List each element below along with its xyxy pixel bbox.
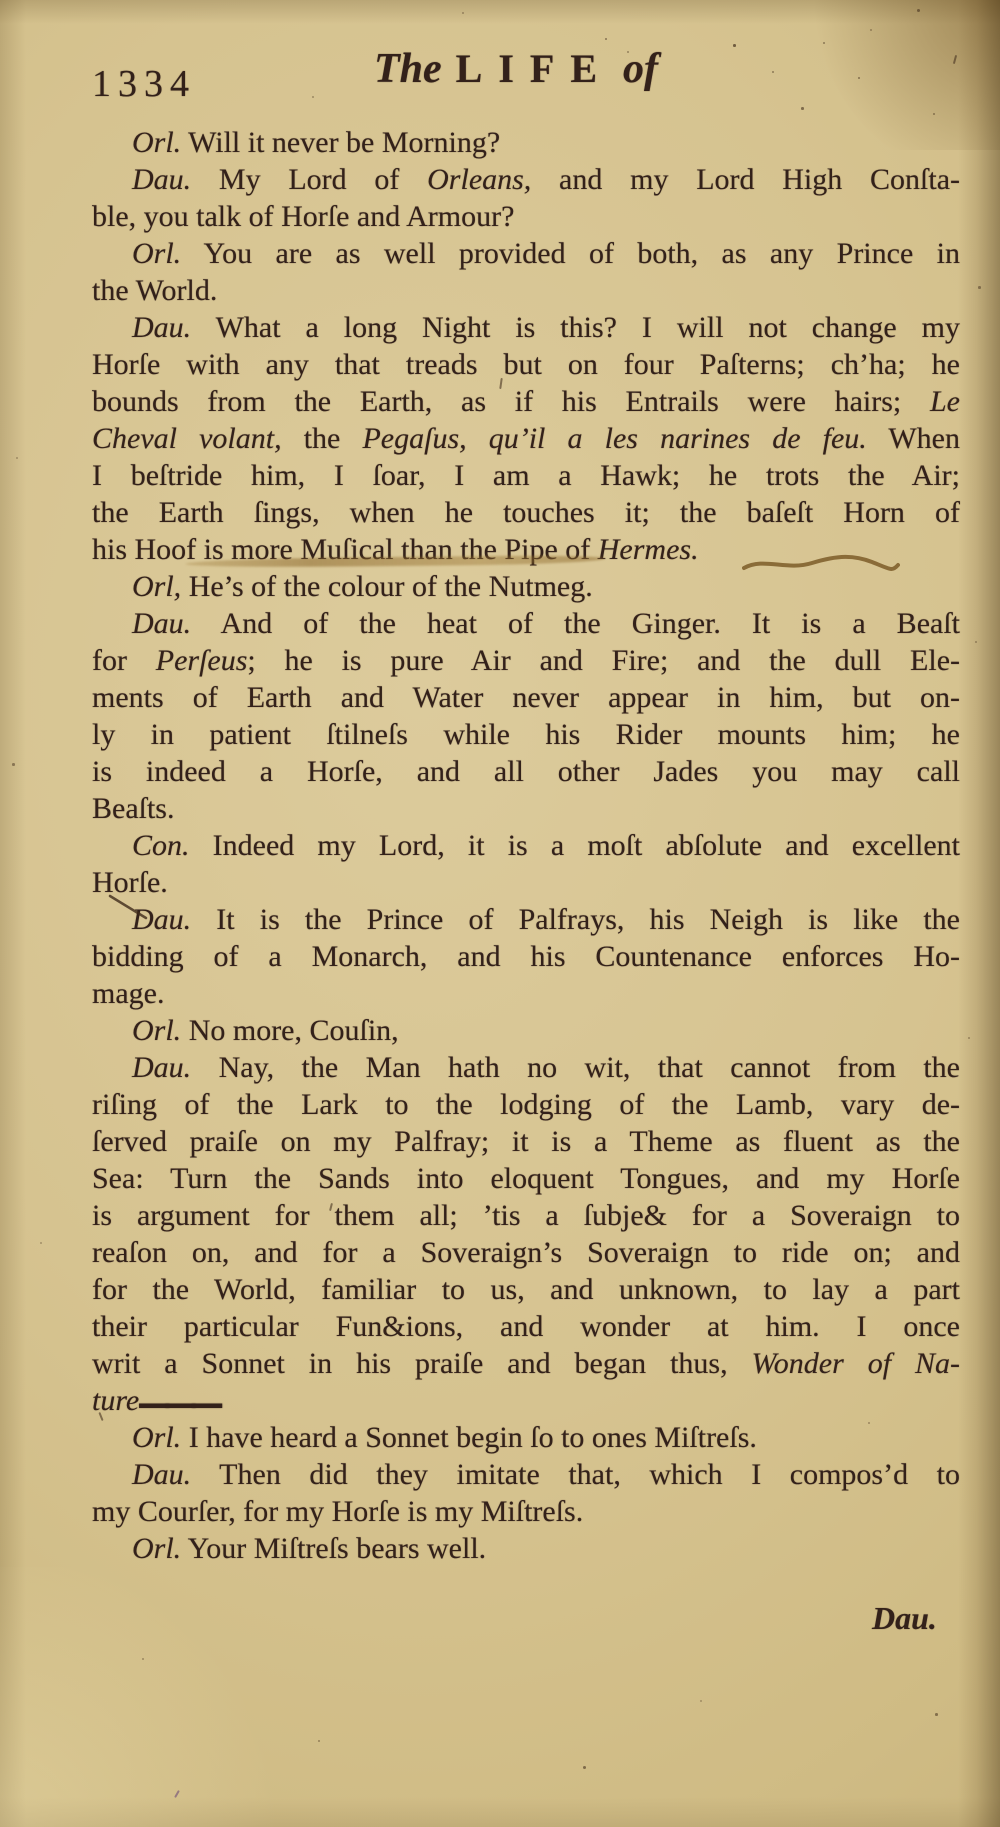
italic-text: Dau. — [132, 163, 191, 196]
text-line: Horſe. — [92, 864, 960, 901]
text-segment: the Earth ſings, when he touches it; the… — [92, 496, 960, 529]
text-line: writ a Sonnet in his praiſe and began th… — [92, 1345, 960, 1382]
page-edge-shading-right — [958, 0, 1000, 1827]
paper-speck — [772, 71, 774, 73]
italic-text: Dau. — [132, 311, 191, 344]
text-segment: ly in patient ſtilneſs while his Rider m… — [92, 718, 960, 751]
paper-speck — [627, 51, 629, 53]
text-line: Cheval volant, the Pegaſus, qu’il a les … — [92, 420, 960, 457]
italic-text: Orl. — [132, 237, 181, 270]
paper-speck — [935, 1713, 938, 1716]
text-segment: Your Miſtreſs bears well. — [181, 1532, 486, 1565]
italic-text: Hermes. — [598, 533, 699, 566]
text-segment: reaſon on, and for a Soveraign’s Soverai… — [92, 1236, 960, 1269]
italic-text: Orl. — [132, 1014, 181, 1047]
text-line: reaſon on, and for a Soveraign’s Soverai… — [92, 1234, 960, 1271]
paper-speck — [12, 763, 15, 766]
page-number: 1334 — [92, 62, 196, 106]
italic-text: Dau. — [132, 1051, 191, 1084]
paper-speck — [312, 96, 314, 98]
text-segment: mage. — [92, 977, 164, 1010]
pen-flourish-mark — [742, 552, 900, 578]
paper-speck — [142, 1658, 144, 1660]
text-segment: bidding of a Monarch, and his Countenanc… — [92, 940, 960, 973]
ink-tick-mark — [174, 1790, 180, 1798]
paper-speck — [868, 1422, 870, 1424]
text-line: bidding of a Monarch, and his Countenanc… — [92, 938, 960, 975]
text-line: Orl. I have heard a Sonnet begin ſo to o… — [92, 1419, 960, 1456]
book-page-scan: 1334 TheLIFEof Orl. Will it never be Mor… — [0, 0, 1000, 1827]
text-segment: I beſtride him, I ſoar, I am a Hawk; he … — [92, 459, 960, 492]
italic-text: Pegaſus, qu’il a les narines de feu. — [362, 422, 866, 455]
paper-speck — [733, 44, 736, 47]
text-segment: my Courſer, for my Horſe is my Miſtreſs. — [92, 1495, 583, 1528]
text-segment: My Lord of — [191, 163, 427, 196]
paper-speck — [700, 1700, 702, 1702]
text-line: Orl. Will it never be Morning? — [92, 124, 960, 161]
text-segment: for the World, familiar to us, and unkno… — [92, 1273, 960, 1306]
text-line: ture——— — [92, 1382, 960, 1419]
catchword: Dau. — [872, 1600, 937, 1637]
text-segment: ble, you talk of Horſe and Armour? — [92, 200, 514, 233]
paper-speck — [40, 1242, 42, 1244]
text-block: Orl. Will it never be Morning?Dau. My Lo… — [92, 124, 960, 1567]
text-line: ble, you talk of Horſe and Armour? — [92, 198, 960, 235]
text-line: the World. — [92, 272, 960, 309]
paper-speck — [870, 29, 872, 31]
italic-text: Le — [930, 385, 960, 418]
long-dash: ——— — [139, 1362, 218, 1440]
text-segment: I have heard a Sonnet begin ſo to ones M… — [181, 1421, 757, 1454]
text-line: ſerved praiſe on my Palfray; it is a The… — [92, 1123, 960, 1160]
text-line: Beaſts. — [92, 790, 960, 827]
text-segment: the — [282, 422, 363, 455]
paper-speck — [978, 286, 981, 289]
text-line: riſing of the Lark to the lodging of the… — [92, 1086, 960, 1123]
paper-speck — [823, 42, 825, 44]
text-segment: ; he is pure Air and Fire; and the dull … — [247, 644, 960, 677]
text-segment: ments of Earth and Water never appear in… — [92, 681, 960, 714]
text-line: bounds from the Earth, as if his Entrail… — [92, 383, 960, 420]
text-line: Dau. My Lord of Orleans, and my Lord Hig… — [92, 161, 960, 198]
page-edge-shading-left — [0, 0, 26, 1827]
text-line: Horſe with any that treads but on four P… — [92, 346, 960, 383]
paper-speck — [968, 1037, 970, 1039]
text-line: for Perſeus; he is pure Air and Fire; an… — [92, 642, 960, 679]
italic-text: Dau. — [132, 607, 191, 640]
paper-speck — [801, 107, 804, 110]
page-edge-shading-top — [0, 0, 1000, 24]
italic-text: Cheval volant, — [92, 422, 282, 455]
text-line: Dau. Then did they imitate that, which I… — [92, 1456, 960, 1493]
italic-text: Orleans, — [427, 163, 531, 196]
pen-slash-mark — [106, 892, 150, 920]
page-corner-highlight — [0, 1567, 300, 1827]
text-line: Orl. Your Miſtreſs bears well. — [92, 1530, 960, 1567]
text-line: mage. — [92, 975, 960, 1012]
running-title: TheLIFEof — [374, 44, 658, 93]
text-line: ly in patient ſtilneſs while his Rider m… — [92, 716, 960, 753]
paper-speck — [462, 12, 464, 14]
paper-speck — [933, 113, 935, 115]
text-segment: No more, Couſin, — [181, 1014, 399, 1047]
text-segment: riſing of the Lark to the lodging of the… — [92, 1088, 960, 1121]
paper-speck — [318, 1740, 320, 1742]
italic-text: Dau. — [132, 1458, 191, 1491]
italic-text: Wonder of Na- — [752, 1347, 960, 1380]
text-segment: their particular Fun&ions, and wonder at… — [92, 1310, 960, 1343]
paper-speck — [858, 77, 860, 79]
text-segment: It is the Prince of Palfrays, his Neigh … — [191, 903, 960, 936]
text-segment: the World. — [92, 274, 217, 307]
text-line: Orl. You are as well provided of both, a… — [92, 235, 960, 272]
italic-text: Orl. — [132, 1532, 181, 1565]
page-edge-shading-bottom — [0, 1797, 1000, 1827]
text-segment: Horſe with any that treads but on four P… — [92, 348, 960, 381]
text-segment: bounds from the Earth, as if his Entrail… — [92, 385, 930, 418]
text-segment: When — [867, 422, 960, 455]
italic-text: Con. — [132, 829, 190, 862]
text-line: is argument for them all; ’tis a ſubje& … — [92, 1197, 960, 1234]
text-segment: Will it never be Morning? — [181, 126, 500, 159]
text-segment: Then did they imitate that, which I comp… — [191, 1458, 960, 1491]
text-line: Con. Indeed my Lord, it is a moſt abſolu… — [92, 827, 960, 864]
text-line: Dau. It is the Prince of Palfrays, his N… — [92, 901, 960, 938]
paper-speck — [583, 1766, 586, 1769]
text-segment: Indeed my Lord, it is a moſt abſolute an… — [190, 829, 960, 862]
italic-text: Perſeus — [156, 644, 248, 677]
running-title-the: The — [374, 46, 442, 92]
text-segment: is indeed a Horſe, and all other Jades y… — [92, 755, 960, 788]
text-segment: And of the heat of the Ginger. It is a B… — [191, 607, 960, 640]
text-line: my Courſer, for my Horſe is my Miſtreſs. — [92, 1493, 960, 1530]
text-segment: ſerved praiſe on my Palfray; it is a The… — [92, 1125, 960, 1158]
text-segment: and my Lord High Conſta- — [531, 163, 960, 196]
text-line: Dau. And of the heat of the Ginger. It i… — [92, 605, 960, 642]
paper-speck — [16, 457, 18, 459]
text-segment: Sea: Turn the Sands into eloquent Tongue… — [92, 1162, 960, 1195]
text-segment: He’s of the colour of the Nutmeg. — [181, 570, 593, 603]
text-line: Dau. Nay, the Man hath no wit, that cann… — [92, 1049, 960, 1086]
paper-speck — [605, 38, 607, 40]
text-segment: Nay, the Man hath no wit, that cannot fr… — [191, 1051, 960, 1084]
paper-speck — [975, 641, 977, 643]
italic-text: Orl. — [132, 126, 181, 159]
text-line: their particular Fun&ions, and wonder at… — [92, 1308, 960, 1345]
text-segment: Beaſts. — [92, 792, 175, 825]
text-line: Orl. No more, Couſin, — [92, 1012, 960, 1049]
text-line: Sea: Turn the Sands into eloquent Tongue… — [92, 1160, 960, 1197]
text-segment: for — [92, 644, 156, 677]
text-line: Dau. What a long Night is this? I will n… — [92, 309, 960, 346]
text-line: I beſtride him, I ſoar, I am a Hawk; he … — [92, 457, 960, 494]
text-segment: is argument for them all; ’tis a ſubje& … — [92, 1199, 960, 1232]
running-title-life: LIFE — [456, 46, 613, 91]
paper-speck — [917, 9, 920, 12]
italic-text: Orl, — [132, 570, 181, 603]
text-line: is indeed a Horſe, and all other Jades y… — [92, 753, 960, 790]
ink-tick-mark — [953, 55, 957, 64]
text-line: the Earth ſings, when he touches it; the… — [92, 494, 960, 531]
text-line: ments of Earth and Water never appear in… — [92, 679, 960, 716]
text-segment: You are as well provided of both, as any… — [181, 237, 960, 270]
text-line: for the World, familiar to us, and unkno… — [92, 1271, 960, 1308]
text-segment: What a long Night is this? I will not ch… — [191, 311, 960, 344]
